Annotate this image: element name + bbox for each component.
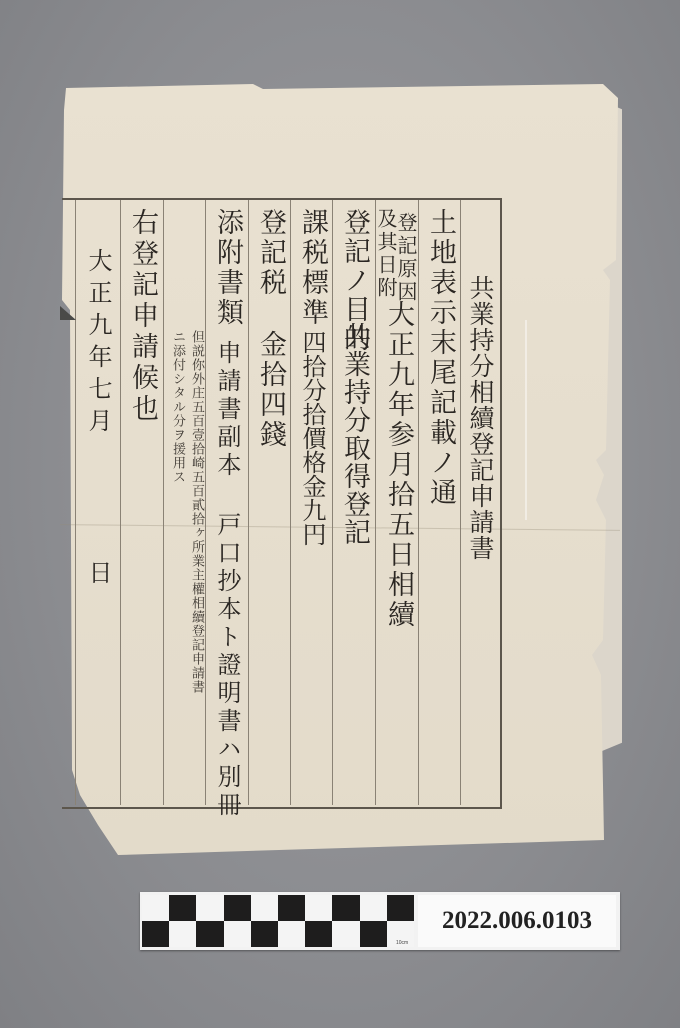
column-cause-label-a: 登記原因 — [396, 212, 416, 304]
scale-cell — [142, 895, 169, 921]
scale-cell — [305, 895, 332, 921]
scale-cell — [196, 895, 223, 921]
column-purpose-value: 共業持分取得登記 — [334, 322, 374, 546]
scale-cell — [224, 895, 251, 921]
column-date: 大正九年七月 — [78, 248, 118, 440]
scale-cell — [360, 895, 387, 921]
annotation-note-b: ニ添付シタル分ヲ援用ス — [167, 330, 185, 484]
paper-crease-vertical — [525, 320, 527, 520]
scale-bar: 10cm 2022.006.0103 — [140, 892, 620, 950]
column-cause-label-b: 及其日附 — [376, 208, 396, 300]
scale-cell — [169, 921, 196, 947]
scale-cell — [278, 921, 305, 947]
column-attachments-value: 申請書副本 戸口抄本ト證明書ハ別冊 — [207, 340, 247, 820]
annotation-note-a: 但説你外庄五百壹拾崎五百貳拾ヶ所業主權相續登記申請書 — [186, 330, 204, 800]
column-rule — [290, 200, 291, 805]
scale-cell — [196, 921, 223, 947]
column-rule — [120, 200, 121, 805]
scale-cell — [169, 895, 196, 921]
scale-cell — [142, 921, 169, 947]
column-tax-value: 金拾四錢 — [250, 330, 290, 450]
scale-cell — [332, 895, 359, 921]
scale-cell — [360, 921, 387, 947]
accession-number: 2022.006.0103 — [418, 895, 616, 947]
column-tax-basis-value: 四拾分拾價格金九円 — [292, 330, 332, 546]
column-day: 日 — [78, 560, 118, 587]
scale-cell — [224, 921, 251, 947]
column-cause-date: 大正九年参月拾五日相續 — [378, 300, 418, 630]
column-rule — [163, 200, 164, 805]
document-title: 共業持分相續登記申請書 — [460, 275, 500, 561]
checker-scale — [142, 895, 414, 947]
column-property: 土地表示末尾記載ノ通 — [420, 208, 460, 508]
column-rule — [205, 200, 206, 805]
column-tax-basis-label: 課税標準 — [292, 208, 332, 328]
scale-cell — [278, 895, 305, 921]
scale-cell — [332, 921, 359, 947]
column-rule — [248, 200, 249, 805]
column-rule — [75, 200, 76, 805]
column-closing: 右登記申請候也 — [122, 208, 162, 425]
scale-unit-label: 10cm — [396, 940, 408, 946]
column-rule — [418, 200, 419, 805]
column-tax-label: 登記税 — [250, 208, 290, 298]
column-attachments-label: 添附書類 — [207, 208, 247, 328]
scale-cell — [251, 921, 278, 947]
scale-cell — [305, 921, 332, 947]
scale-cell — [387, 895, 414, 921]
scale-cell — [251, 895, 278, 921]
column-rule — [332, 200, 333, 805]
